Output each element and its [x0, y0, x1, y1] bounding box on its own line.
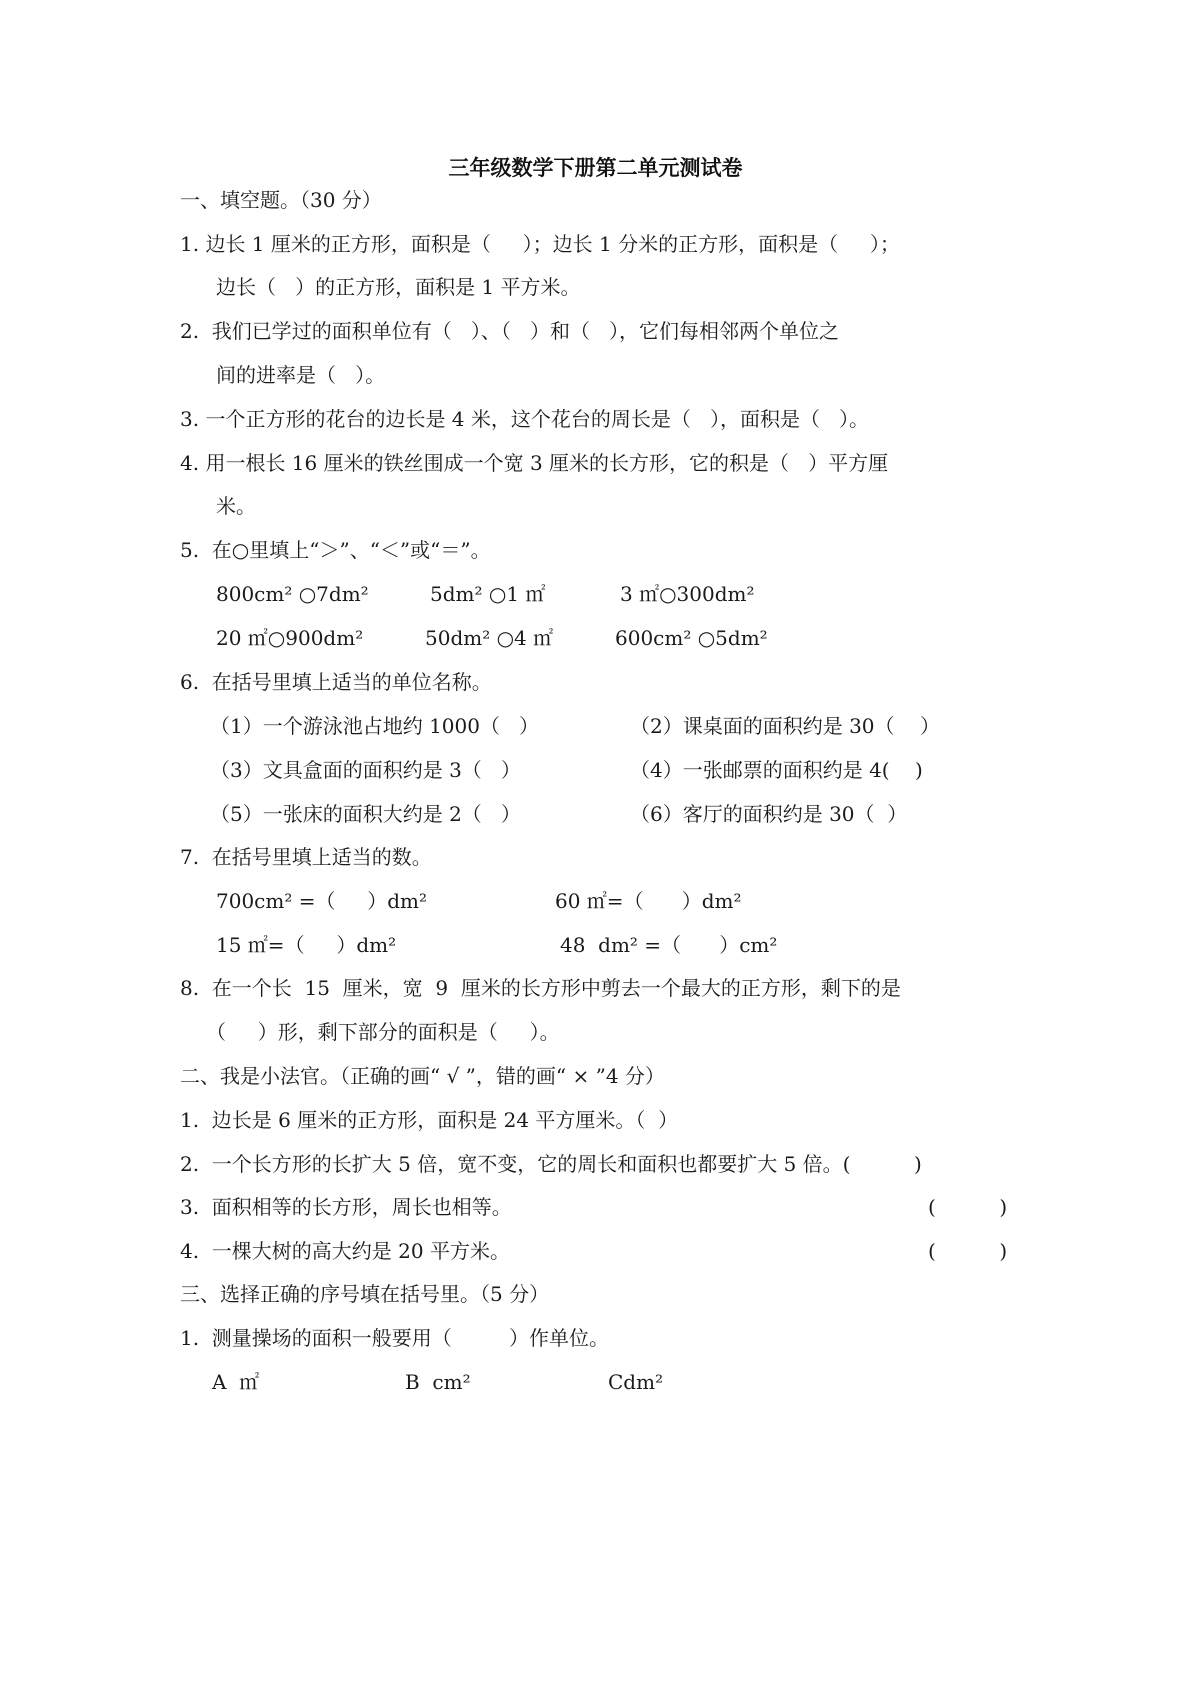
- choice-q1-prompt: 1. 测量操场的面积一般要用（ ）作单位。: [180, 1324, 609, 1352]
- q8-line1: 8. 在一个长 15 厘米，宽 9 厘米的长方形中剪去一个最大的正方形，剩下的是: [180, 974, 901, 1002]
- q2-line2: 间的进率是（ ）。: [216, 361, 385, 389]
- q7-item-4: 48 dm² =（ ）cm²: [560, 931, 777, 959]
- q4-line2: 米。: [216, 492, 256, 520]
- q6-item-3: （3）文具盒面的面积约是 3（ ）: [210, 756, 521, 784]
- q5-compare-3: 3 ㎡○300dm²: [620, 580, 755, 608]
- section-1-heading: 一、填空题。（30 分）: [180, 186, 382, 214]
- q6-item-2: （2）课桌面的面积约是 30（ ）: [630, 712, 940, 740]
- q6-item-4: （4）一张邮票的面积约是 4( ): [630, 756, 923, 784]
- q7-item-1: 700cm² =（ ）dm²: [216, 887, 427, 915]
- q7-prompt: 7. 在括号里填上适当的数。: [180, 843, 432, 871]
- q1-line2: 边长（ ）的正方形，面积是 1 平方米。: [216, 273, 581, 301]
- judge-item-1: 1. 边长是 6 厘米的正方形，面积是 24 平方厘米。（ ）: [180, 1106, 678, 1134]
- q5-prompt: 5. 在○里填上“＞”、“＜”或“＝”。: [180, 536, 491, 564]
- section-3-heading: 三、选择正确的序号填在括号里。（5 分）: [180, 1280, 549, 1308]
- judge-blank-4: ( ): [928, 1237, 1007, 1265]
- judge-blank-3: ( ): [928, 1193, 1007, 1221]
- q7-item-2: 60 ㎡=（ ）dm²: [555, 887, 742, 915]
- page-title: 三年级数学下册第二单元测试卷: [0, 152, 1191, 182]
- choice-option-c: Cdm²: [608, 1368, 663, 1396]
- q5-compare-2: 5dm² ○1 ㎡: [430, 580, 545, 608]
- judge-item-2: 2. 一个长方形的长扩大 5 倍，宽不变，它的周长和面积也都要扩大 5 倍。( …: [180, 1150, 922, 1178]
- q5-compare-1: 800cm² ○7dm²: [216, 580, 369, 608]
- choice-option-a: A ㎡: [212, 1368, 259, 1396]
- q6-item-1: （1）一个游泳池占地约 1000（ ）: [210, 712, 539, 740]
- q7-item-3: 15 ㎡=（ ）dm²: [216, 931, 396, 959]
- judge-item-4: 4. 一棵大树的高大约是 20 平方米。: [180, 1237, 510, 1265]
- q2-line1: 2. 我们已学过的面积单位有（ ）、（ ）和（ ），它们每相邻两个单位之: [180, 317, 839, 345]
- q1-line1: 1. 边长 1 厘米的正方形，面积是（ ）；边长 1 分米的正方形，面积是（ ）…: [180, 230, 900, 258]
- q6-item-5: （5）一张床的面积大约是 2（ ）: [210, 800, 521, 828]
- choice-option-b: B cm²: [405, 1368, 471, 1396]
- exam-page: 三年级数学下册第二单元测试卷 一、填空题。（30 分） 1. 边长 1 厘米的正…: [0, 0, 1191, 1684]
- q5-compare-5: 50dm² ○4 ㎡: [425, 624, 553, 652]
- q8-line2: （ ）形，剩下部分的面积是（ ）。: [206, 1018, 560, 1046]
- q5-compare-6: 600cm² ○5dm²: [615, 624, 768, 652]
- q3-line1: 3. 一个正方形的花台的边长是 4 米，这个花台的周长是（ ），面积是（ ）。: [180, 405, 869, 433]
- q5-compare-4: 20 ㎡○900dm²: [216, 624, 363, 652]
- q4-line1: 4. 用一根长 16 厘米的铁丝围成一个宽 3 厘米的长方形，它的积是（ ）平方…: [180, 449, 888, 477]
- section-2-heading: 二、我是小法官。（正确的画“ √ ”，错的画“ × ”4 分）: [180, 1062, 665, 1090]
- q6-item-6: （6）客厅的面积约是 30（ ）: [630, 800, 907, 828]
- q6-prompt: 6. 在括号里填上适当的单位名称。: [180, 668, 492, 696]
- judge-item-3: 3. 面积相等的长方形，周长也相等。: [180, 1193, 512, 1221]
